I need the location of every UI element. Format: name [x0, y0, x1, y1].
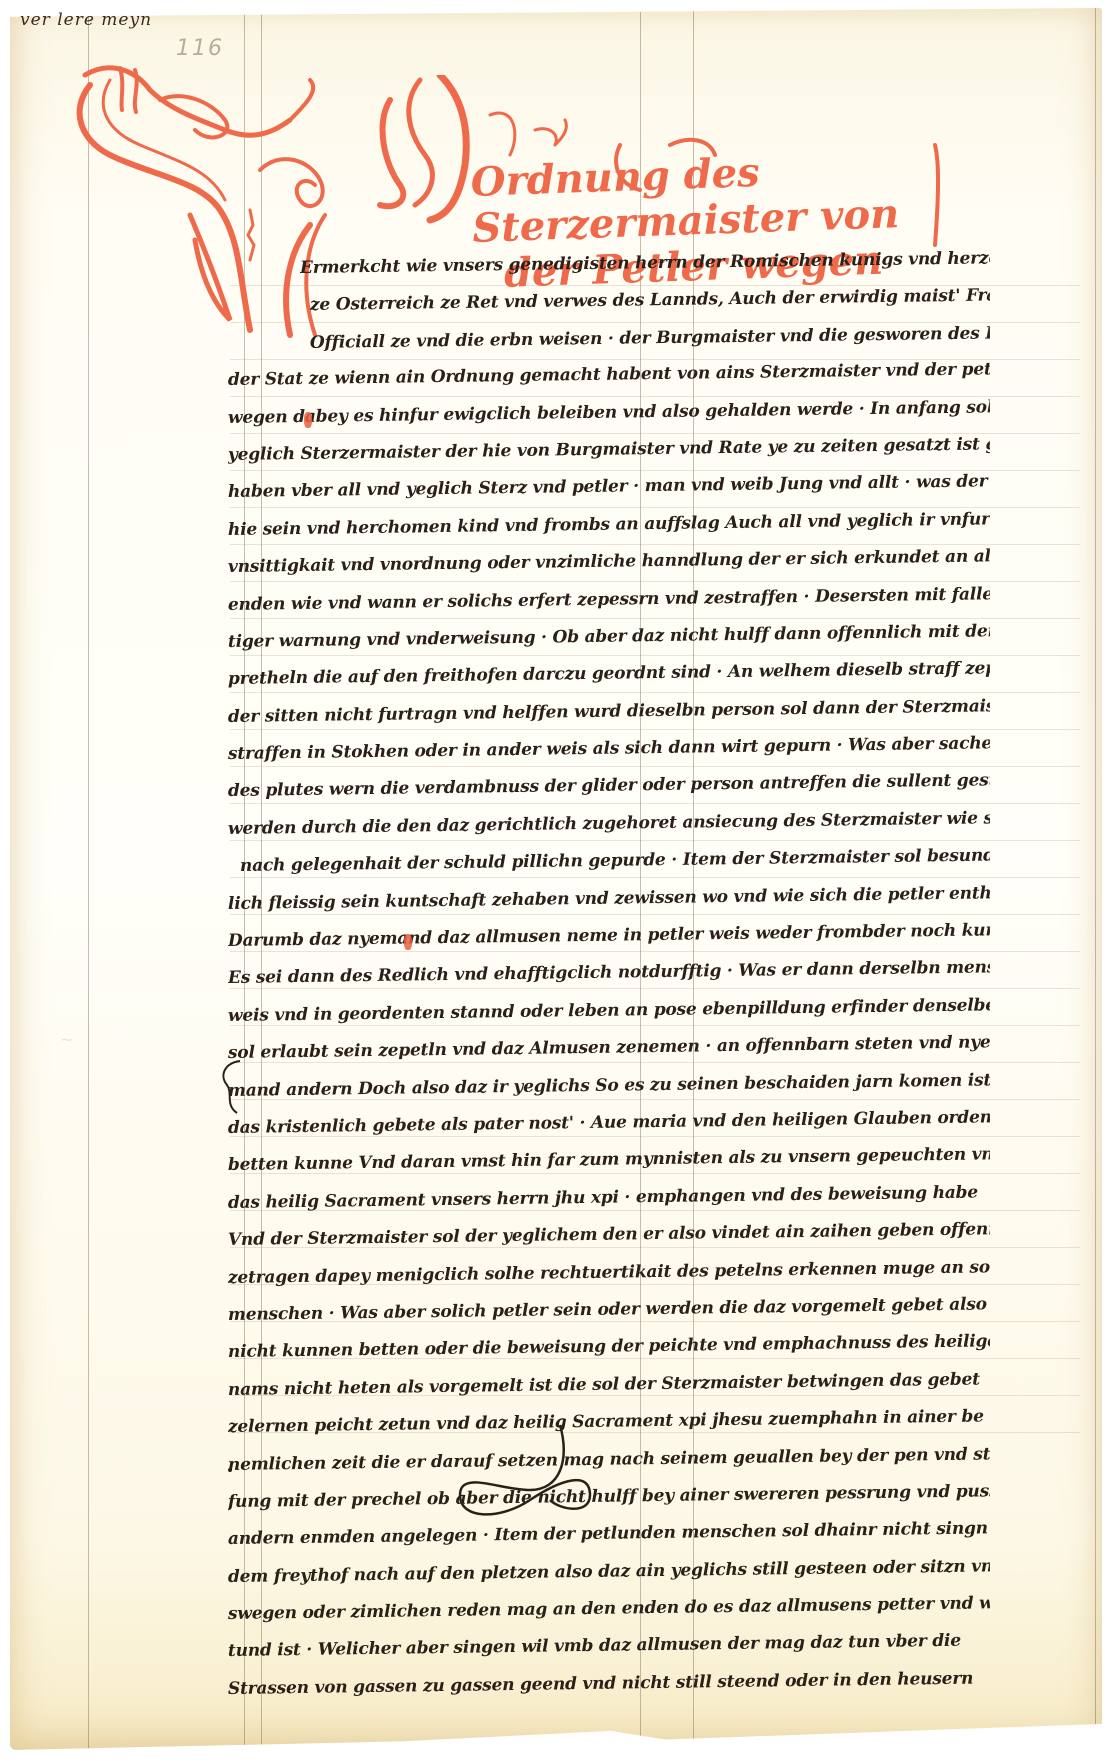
paragraph-bracket-icon	[215, 1057, 245, 1117]
body-text: Ermerkcht wie vnsers genedigisten herrn …	[250, 250, 990, 1708]
show-through: ~	[60, 1030, 73, 1049]
margin-dot	[228, 1468, 232, 1472]
margin-note: ver lere meyn	[20, 10, 152, 30]
rubrication-mark	[304, 412, 312, 428]
heading-line-1: Ordnung des Sterzermaister von	[470, 149, 900, 252]
closing-flourish-icon	[440, 1420, 620, 1530]
ruling-line	[1095, 8, 1096, 1750]
rubrication-mark	[404, 934, 412, 950]
